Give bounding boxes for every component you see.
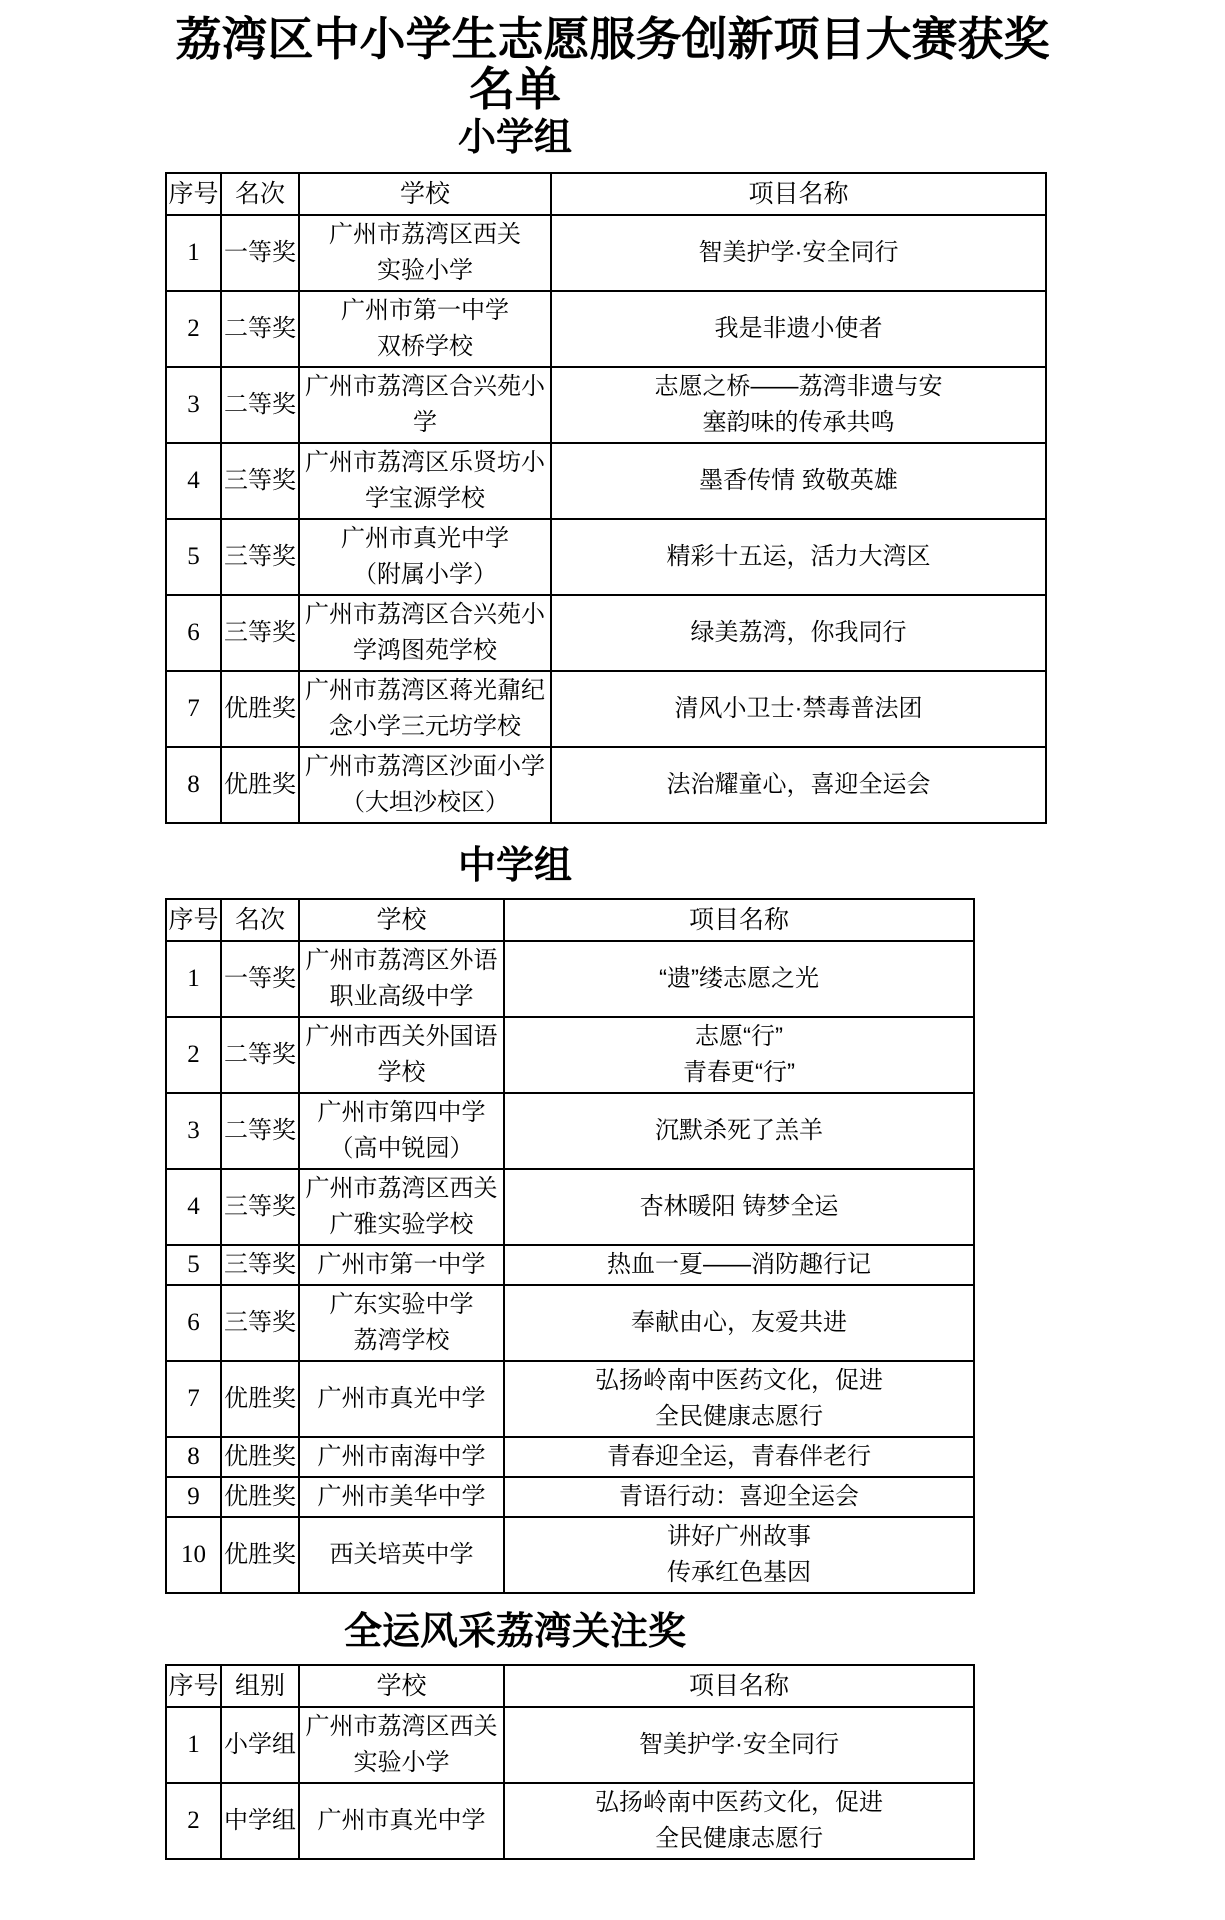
- table-row: 3二等奖广州市第四中学 （高中锐园）沉默杀死了羔羊: [166, 1093, 974, 1169]
- rank-cell: 一等奖: [221, 215, 299, 291]
- rank-cell: 三等奖: [221, 1245, 299, 1285]
- column-header-school: 学校: [299, 1665, 504, 1707]
- rank-cell: 三等奖: [221, 1285, 299, 1361]
- serial-cell: 1: [166, 1707, 221, 1783]
- serial-cell: 5: [166, 519, 221, 595]
- column-header-group: 组别: [221, 1665, 299, 1707]
- rank-cell: 优胜奖: [221, 1361, 299, 1437]
- school-cell: 广州市荔湾区蒋光鼐纪 念小学三元坊学校: [299, 671, 551, 747]
- project-cell: 绿美荔湾，你我同行: [551, 595, 1046, 671]
- table-row: 6三等奖广州市荔湾区合兴苑小 学鸿图苑学校绿美荔湾，你我同行: [166, 595, 1046, 671]
- table-row: 8优胜奖广州市南海中学青春迎全运，青春伴老行: [166, 1437, 974, 1477]
- group-cell: 小学组: [221, 1707, 299, 1783]
- project-cell: 杏林暖阳 铸梦全运: [504, 1169, 974, 1245]
- header-row: 序号名次学校项目名称: [166, 173, 1046, 215]
- serial-cell: 1: [166, 215, 221, 291]
- table-row: 5三等奖广州市真光中学 （附属小学）精彩十五运，活力大湾区: [166, 519, 1046, 595]
- serial-cell: 7: [166, 1361, 221, 1437]
- table-row: 2二等奖广州市西关外国语 学校志愿“行” 青春更“行”: [166, 1017, 974, 1093]
- school-cell: 广州市荔湾区乐贤坊小 学宝源学校: [299, 443, 551, 519]
- column-header-project: 项目名称: [551, 173, 1046, 215]
- table-row: 7优胜奖广州市真光中学弘扬岭南中医药文化，促进 全民健康志愿行: [166, 1361, 974, 1437]
- awards-table-national-games-liwan-award: 序号组别学校项目名称1小学组广州市荔湾区西关 实验小学智美护学·安全同行2中学组…: [165, 1664, 975, 1860]
- rank-cell: 三等奖: [221, 595, 299, 671]
- column-header-serial: 序号: [166, 899, 221, 941]
- section-primary-school-group: 小学组序号名次学校项目名称1一等奖广州市荔湾区西关 实验小学智美护学·安全同行2…: [0, 116, 1225, 824]
- table-row: 1小学组广州市荔湾区西关 实验小学智美护学·安全同行: [166, 1707, 974, 1783]
- school-cell: 广州市真光中学: [299, 1783, 504, 1859]
- serial-cell: 5: [166, 1245, 221, 1285]
- serial-cell: 1: [166, 941, 221, 1017]
- rank-cell: 一等奖: [221, 941, 299, 1017]
- project-cell: 精彩十五运，活力大湾区: [551, 519, 1046, 595]
- school-cell: 广州市真光中学 （附属小学）: [299, 519, 551, 595]
- column-header-rank: 名次: [221, 899, 299, 941]
- rank-cell: 三等奖: [221, 1169, 299, 1245]
- school-cell: 广州市美华中学: [299, 1477, 504, 1517]
- school-cell: 广州市荔湾区西关 实验小学: [299, 215, 551, 291]
- project-cell: 智美护学·安全同行: [551, 215, 1046, 291]
- table-row: 8优胜奖广州市荔湾区沙面小学 （大坦沙校区）法治耀童心，喜迎全运会: [166, 747, 1046, 823]
- document-title-line2: 名单: [165, 64, 865, 114]
- table-row: 2中学组广州市真光中学弘扬岭南中医药文化，促进 全民健康志愿行: [166, 1783, 974, 1859]
- project-cell: 清风小卫士·禁毒普法团: [551, 671, 1046, 747]
- school-cell: 广州市西关外国语 学校: [299, 1017, 504, 1093]
- project-cell: 志愿之桥——荔湾非遗与安 塞韵味的传承共鸣: [551, 367, 1046, 443]
- column-header-school: 学校: [299, 173, 551, 215]
- serial-cell: 6: [166, 1285, 221, 1361]
- section-heading-primary-school-group: 小学组: [165, 116, 865, 160]
- table-row: 6三等奖广东实验中学 荔湾学校奉献由心，友爱共进: [166, 1285, 974, 1361]
- school-cell: 西关培英中学: [299, 1517, 504, 1593]
- serial-cell: 2: [166, 1017, 221, 1093]
- school-cell: 广州市荔湾区合兴苑小 学: [299, 367, 551, 443]
- table-row: 9优胜奖广州市美华中学青语行动：喜迎全运会: [166, 1477, 974, 1517]
- rank-cell: 优胜奖: [221, 1437, 299, 1477]
- serial-cell: 8: [166, 1437, 221, 1477]
- document-page: 荔湾区中小学生志愿服务创新项目大赛获奖 名单 小学组序号名次学校项目名称1一等奖…: [0, 14, 1225, 1860]
- rank-cell: 优胜奖: [221, 671, 299, 747]
- rank-cell: 优胜奖: [221, 747, 299, 823]
- project-cell: 弘扬岭南中医药文化，促进 全民健康志愿行: [504, 1783, 974, 1859]
- project-cell: 志愿“行” 青春更“行”: [504, 1017, 974, 1093]
- school-cell: 广州市荔湾区外语 职业高级中学: [299, 941, 504, 1017]
- project-cell: 墨香传情 致敬英雄: [551, 443, 1046, 519]
- school-cell: 广州市第一中学: [299, 1245, 504, 1285]
- column-header-serial: 序号: [166, 173, 221, 215]
- project-cell: 我是非遗小使者: [551, 291, 1046, 367]
- column-header-school: 学校: [299, 899, 504, 941]
- serial-cell: 4: [166, 1169, 221, 1245]
- rank-cell: 三等奖: [221, 519, 299, 595]
- section-heading-national-games-liwan-award: 全运风采荔湾关注奖: [165, 1610, 865, 1654]
- table-row: 5三等奖广州市第一中学热血一夏——消防趣行记: [166, 1245, 974, 1285]
- table-row: 1一等奖广州市荔湾区外语 职业高级中学“遗”缕志愿之光: [166, 941, 974, 1017]
- rank-cell: 优胜奖: [221, 1477, 299, 1517]
- serial-cell: 9: [166, 1477, 221, 1517]
- section-middle-school-group: 中学组序号名次学校项目名称1一等奖广州市荔湾区外语 职业高级中学“遗”缕志愿之光…: [0, 844, 1225, 1594]
- project-cell: “遗”缕志愿之光: [504, 941, 974, 1017]
- serial-cell: 3: [166, 1093, 221, 1169]
- school-cell: 广州市荔湾区合兴苑小 学鸿图苑学校: [299, 595, 551, 671]
- project-cell: 热血一夏——消防趣行记: [504, 1245, 974, 1285]
- header-row: 序号组别学校项目名称: [166, 1665, 974, 1707]
- document-title-line1: 荔湾区中小学生志愿服务创新项目大赛获奖: [0, 14, 1225, 64]
- project-cell: 法治耀童心，喜迎全运会: [551, 747, 1046, 823]
- project-cell: 沉默杀死了羔羊: [504, 1093, 974, 1169]
- project-cell: 青春迎全运，青春伴老行: [504, 1437, 974, 1477]
- school-cell: 广州市荔湾区沙面小学 （大坦沙校区）: [299, 747, 551, 823]
- school-cell: 广州市荔湾区西关 实验小学: [299, 1707, 504, 1783]
- serial-cell: 3: [166, 367, 221, 443]
- table-row: 3二等奖广州市荔湾区合兴苑小 学志愿之桥——荔湾非遗与安 塞韵味的传承共鸣: [166, 367, 1046, 443]
- section-national-games-liwan-award: 全运风采荔湾关注奖序号组别学校项目名称1小学组广州市荔湾区西关 实验小学智美护学…: [0, 1610, 1225, 1860]
- project-cell: 讲好广州故事 传承红色基因: [504, 1517, 974, 1593]
- table-row: 1一等奖广州市荔湾区西关 实验小学智美护学·安全同行: [166, 215, 1046, 291]
- rank-cell: 优胜奖: [221, 1517, 299, 1593]
- column-header-project: 项目名称: [504, 1665, 974, 1707]
- rank-cell: 二等奖: [221, 1093, 299, 1169]
- rank-cell: 二等奖: [221, 291, 299, 367]
- table-row: 7优胜奖广州市荔湾区蒋光鼐纪 念小学三元坊学校清风小卫士·禁毒普法团: [166, 671, 1046, 747]
- school-cell: 广州市第四中学 （高中锐园）: [299, 1093, 504, 1169]
- school-cell: 广州市荔湾区西关 广雅实验学校: [299, 1169, 504, 1245]
- serial-cell: 6: [166, 595, 221, 671]
- serial-cell: 7: [166, 671, 221, 747]
- rank-cell: 三等奖: [221, 443, 299, 519]
- column-header-project: 项目名称: [504, 899, 974, 941]
- table-row: 10优胜奖西关培英中学讲好广州故事 传承红色基因: [166, 1517, 974, 1593]
- serial-cell: 10: [166, 1517, 221, 1593]
- table-row: 2二等奖广州市第一中学 双桥学校我是非遗小使者: [166, 291, 1046, 367]
- awards-table-middle-school-group: 序号名次学校项目名称1一等奖广州市荔湾区外语 职业高级中学“遗”缕志愿之光2二等…: [165, 898, 975, 1594]
- school-cell: 广州市真光中学: [299, 1361, 504, 1437]
- section-heading-middle-school-group: 中学组: [165, 844, 865, 888]
- school-cell: 广州市南海中学: [299, 1437, 504, 1477]
- serial-cell: 2: [166, 291, 221, 367]
- rank-cell: 二等奖: [221, 1017, 299, 1093]
- serial-cell: 8: [166, 747, 221, 823]
- column-header-serial: 序号: [166, 1665, 221, 1707]
- project-cell: 奉献由心，友爱共进: [504, 1285, 974, 1361]
- table-row: 4三等奖广州市荔湾区西关 广雅实验学校杏林暖阳 铸梦全运: [166, 1169, 974, 1245]
- serial-cell: 2: [166, 1783, 221, 1859]
- column-header-rank: 名次: [221, 173, 299, 215]
- serial-cell: 4: [166, 443, 221, 519]
- project-cell: 青语行动：喜迎全运会: [504, 1477, 974, 1517]
- group-cell: 中学组: [221, 1783, 299, 1859]
- project-cell: 弘扬岭南中医药文化，促进 全民健康志愿行: [504, 1361, 974, 1437]
- table-row: 4三等奖广州市荔湾区乐贤坊小 学宝源学校墨香传情 致敬英雄: [166, 443, 1046, 519]
- school-cell: 广州市第一中学 双桥学校: [299, 291, 551, 367]
- rank-cell: 二等奖: [221, 367, 299, 443]
- school-cell: 广东实验中学 荔湾学校: [299, 1285, 504, 1361]
- sections-container: 小学组序号名次学校项目名称1一等奖广州市荔湾区西关 实验小学智美护学·安全同行2…: [0, 116, 1225, 1860]
- project-cell: 智美护学·安全同行: [504, 1707, 974, 1783]
- header-row: 序号名次学校项目名称: [166, 899, 974, 941]
- awards-table-primary-school-group: 序号名次学校项目名称1一等奖广州市荔湾区西关 实验小学智美护学·安全同行2二等奖…: [165, 172, 1047, 824]
